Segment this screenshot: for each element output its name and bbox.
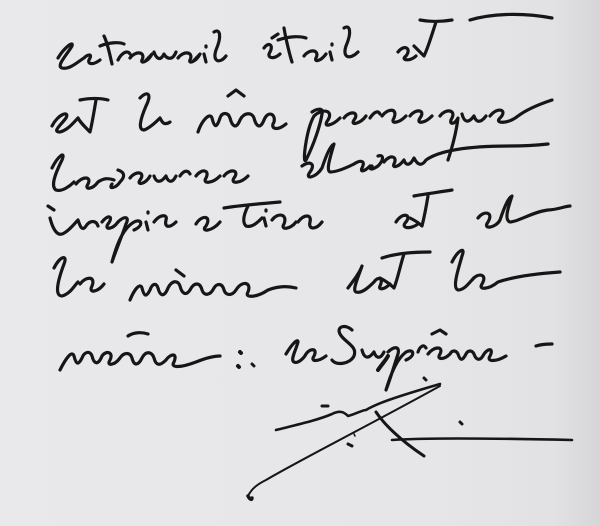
handwritten-page: Le travail était et est le même parceque… (0, 0, 600, 526)
handwritten-line-4-strokes (48, 190, 570, 262)
handwritten-line-3-strokes (52, 144, 548, 190)
handwritten-line-1-strokes (58, 14, 552, 68)
handwriting-drawing (0, 0, 600, 526)
handwritten-line-5-strokes (54, 250, 560, 300)
handwritten-line-6-strokes (60, 327, 552, 390)
handwritten-line-2-strokes (52, 90, 552, 161)
signature (248, 356, 572, 499)
